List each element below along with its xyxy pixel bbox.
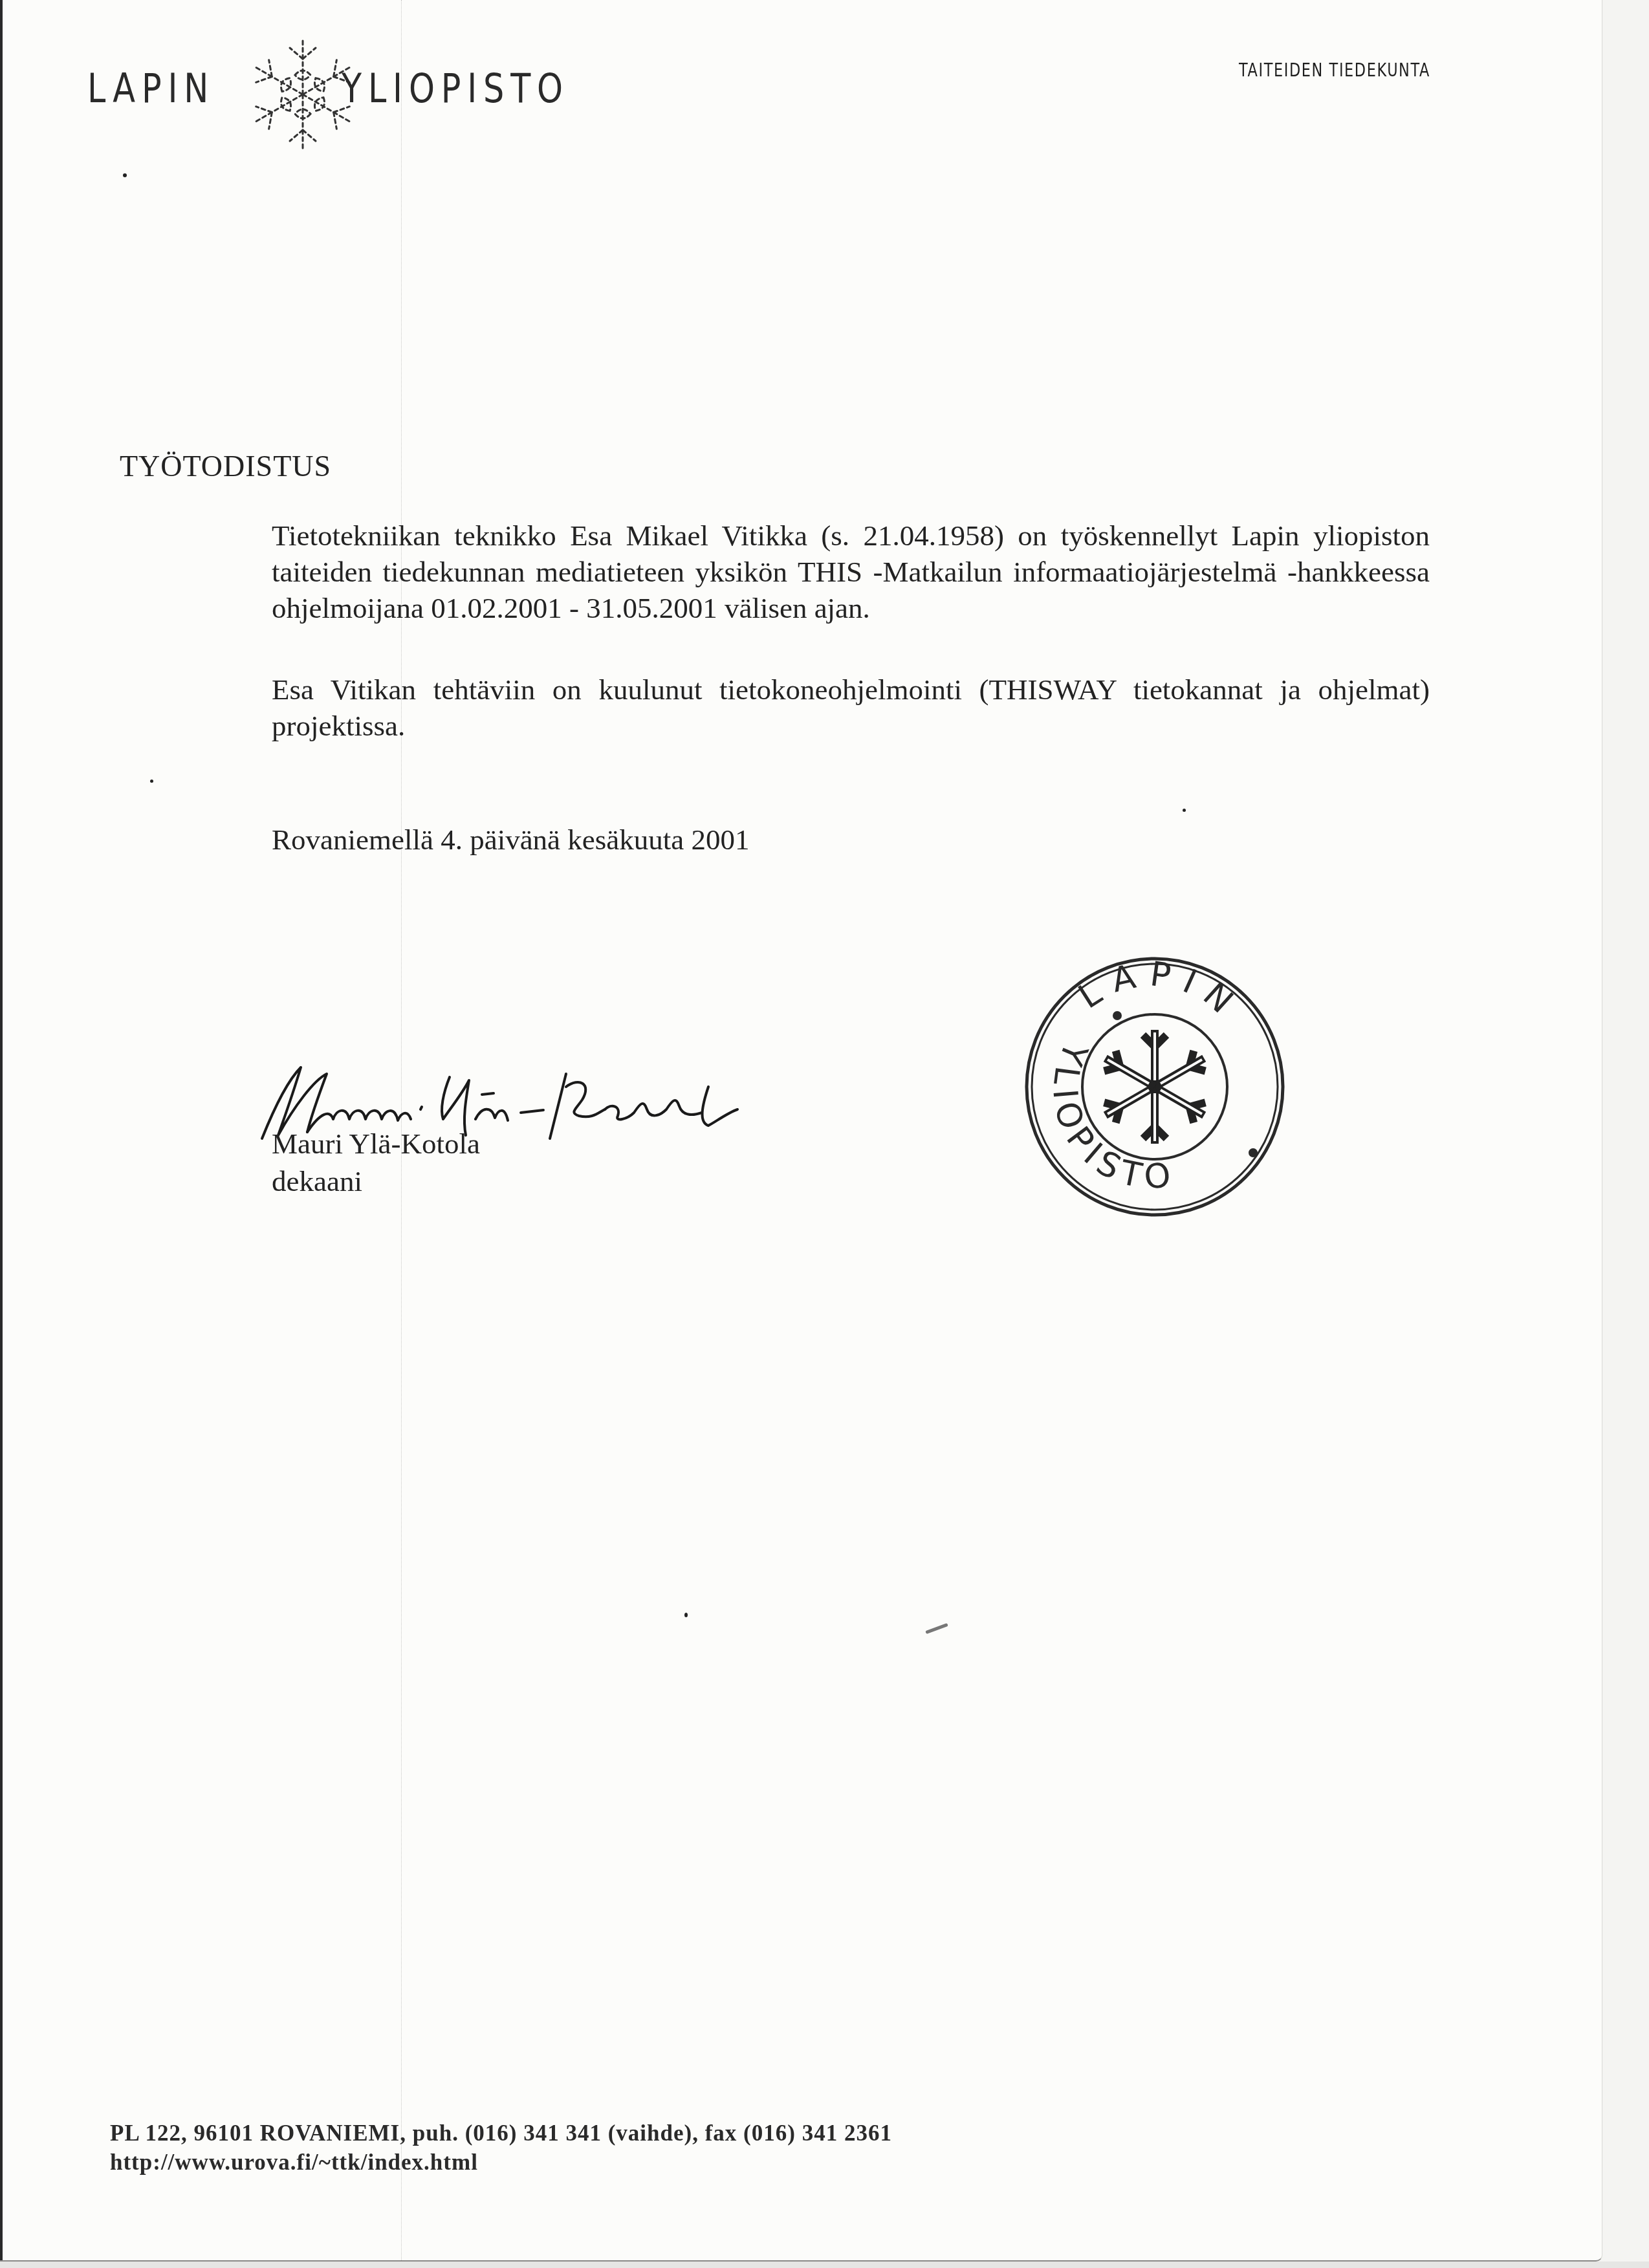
signer-title: dekaani	[272, 1164, 362, 1198]
signer-name: Mauri Ylä-Kotola	[272, 1127, 480, 1161]
scan-speck	[1183, 809, 1186, 812]
document-title: TYÖTODISTUS	[120, 449, 331, 483]
faculty-name: TAITEIDEN TIEDEKUNTA	[1239, 60, 1430, 81]
logo-text-lapin: LAPIN	[87, 65, 215, 112]
scan-speck	[150, 780, 153, 783]
scan-edge	[0, 0, 3, 2260]
university-stamp: LAPIN YLIOPISTO	[1019, 951, 1291, 1223]
scanner-background	[0, 2262, 1649, 2268]
paragraph-employment: Tietotekniikan teknikko Esa Mikael Vitik…	[272, 518, 1430, 626]
place-and-date: Rovaniemellä 4. päivänä kesäkuuta 2001	[272, 823, 750, 856]
footer-url: http://www.urova.fi/~ttk/index.html	[110, 2150, 478, 2175]
svg-text:LAPIN: LAPIN	[1072, 955, 1249, 1029]
scan-speck	[123, 173, 127, 177]
paragraph-duties: Esa Vitikan tehtäviin on kuulunut tietok…	[272, 671, 1430, 744]
scan-speck	[684, 1613, 688, 1617]
logo-text-yliopisto: YLIOPISTO	[342, 65, 569, 112]
footer-address: PL 122, 96101 ROVANIEMI, puh. (016) 341 …	[110, 2121, 892, 2146]
